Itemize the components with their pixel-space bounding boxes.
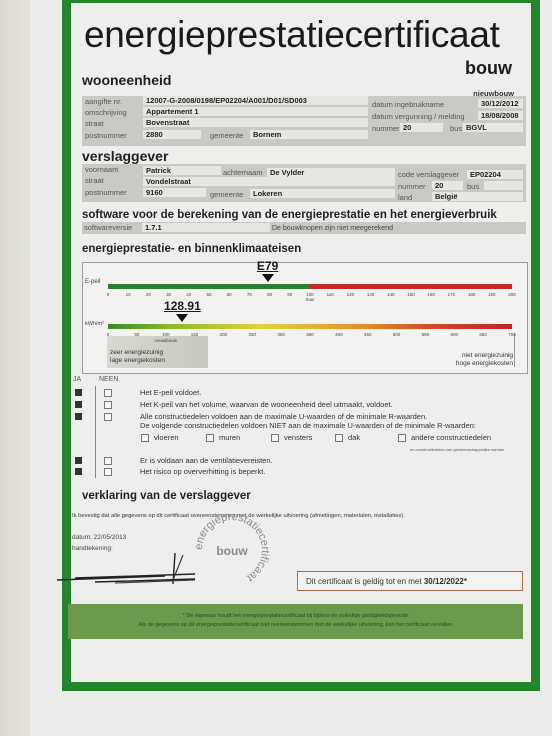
scale-tick: 600 [451, 332, 459, 337]
label-omschrijving: omschrijving [85, 108, 127, 117]
neen-checkbox[interactable] [104, 413, 112, 421]
section-heading-wooneenheid: wooneenheid [82, 72, 171, 88]
scale-tick: 650 [479, 332, 487, 337]
label-land: land [398, 193, 412, 202]
value-postnummer: 2880 [143, 130, 201, 139]
criteria-text: Alle constructiedelen voldoen aan de max… [140, 412, 427, 421]
part-checkbox[interactable] [206, 434, 214, 442]
validity-date: 30/12/2022* [424, 577, 467, 586]
scale-tick: 130 [367, 292, 375, 297]
part-label: vensters [284, 433, 312, 442]
criteria-divider [95, 386, 96, 478]
criteria-text: Er is voldaan aan de ventilatievereisten… [140, 456, 273, 465]
section-heading-verslaggever: verslaggever [82, 148, 168, 164]
ja-header: JA [73, 376, 81, 383]
verklaring-datum: datum: 22/05/2013 [72, 534, 126, 541]
part-checkbox[interactable] [141, 434, 149, 442]
label-aangifte: aangifte nr. [85, 97, 122, 106]
value-gemeente-verslaggever: Lokeren [250, 189, 395, 198]
scale-tick: 200 [508, 292, 516, 297]
scale-tick: 150 [191, 332, 199, 337]
criteria-text: Het K-peil van het volume, waarvan de wo… [140, 400, 393, 409]
value-straat-verslaggever: Vondelstraat [143, 177, 395, 186]
high-text-2: hoge energiekosten [456, 360, 513, 368]
certificate-stamp: energieprestatiecertificaat bouw [192, 510, 272, 590]
label-postnummer: postnummer [85, 131, 127, 140]
value-omschrijving: Appartement 1 [143, 107, 368, 116]
label-softwareversie: softwareversie [84, 223, 132, 232]
value-aangifte: 12007-G-2008/0198/EP02204/A001/D01/SD003 [143, 96, 368, 105]
ja-checkbox[interactable] [75, 389, 82, 396]
label-code: code verslaggever [398, 170, 459, 179]
niet-voldoen-text: De volgende constructiedelen voldoen NIE… [140, 421, 476, 430]
label-postnummer-verslaggever: postnummer [85, 188, 127, 197]
part-label: andere constructiedelen [411, 433, 491, 442]
value-ingebruikname: 30/12/2012 [478, 99, 523, 108]
label-achternaam: achternaam [223, 168, 263, 177]
section-heading-software: software voor de berekening van de energ… [82, 209, 497, 221]
svg-text:bouw: bouw [216, 544, 248, 558]
scale-tick: 120 [347, 292, 355, 297]
section-heading-eisen: energieprestatie- en binnenklimaateisen [82, 243, 301, 255]
footer-line-2: Als de gegevens op dit energieprestatiec… [68, 621, 523, 630]
label-ingebruikname: datum ingebruikname [372, 100, 444, 109]
neen-header: NEEN [99, 376, 118, 383]
scale-tick: 90 [287, 292, 292, 297]
part-label: vloeren [154, 433, 179, 442]
scale-tick: 500 [393, 332, 401, 337]
footer-line-1: * De eigenaar houdt het energieprestatie… [68, 612, 523, 621]
value-marker-label: 128.91 [164, 299, 201, 313]
scale-tick: 200 [220, 332, 228, 337]
section-heading-verklaring: verklaring van de verslaggever [82, 490, 251, 502]
value-gemeente: Bornem [250, 130, 368, 139]
scale-bar [108, 324, 512, 329]
scale-tick: 30 [166, 292, 171, 297]
label-straat: straat [85, 119, 104, 128]
value-straat: Bovenstraat [143, 118, 368, 127]
energy-scale-panel: E-peil kWh/m² zeer energiezuinig lage en… [82, 262, 528, 374]
document-subtitle: bouw [465, 58, 512, 79]
part-checkbox[interactable] [335, 434, 343, 442]
scale-tick: 60 [227, 292, 232, 297]
value-code: EP02204 [467, 170, 523, 179]
part-checkbox[interactable] [398, 434, 406, 442]
scale-tick: 10 [126, 292, 131, 297]
scale-tick: 80 [267, 292, 272, 297]
ja-checkbox[interactable] [75, 468, 82, 475]
label-voornaam: voornaam [85, 165, 118, 174]
scale-tick: 550 [422, 332, 430, 337]
scale-tick: 100 [162, 332, 170, 337]
value-land: België [432, 192, 523, 201]
part-label: muren [219, 433, 240, 442]
value-marker-icon [262, 274, 274, 282]
scale-tick: 700 [508, 332, 516, 337]
neen-checkbox[interactable] [104, 401, 112, 409]
footer-notice: * De eigenaar houdt het energieprestatie… [68, 604, 523, 639]
scale-tick: 450 [364, 332, 372, 337]
label-nummer: nummer [372, 124, 400, 133]
part-checkbox[interactable] [271, 434, 279, 442]
criteria-text: Het E-peil voldoet. [140, 388, 201, 397]
high-text-1: niet energiezuinig [456, 352, 513, 360]
ja-checkbox[interactable] [75, 457, 82, 464]
scale-bar [108, 284, 512, 289]
scale-tick: 400 [335, 332, 343, 337]
scale-tick: 40 [186, 292, 191, 297]
value-marker-icon [176, 314, 188, 322]
value-bus-verslaggever [484, 181, 523, 190]
scale-tick: 350 [306, 332, 314, 337]
software-note: De bouwknopen zijn niet meegerekend [272, 225, 393, 232]
scale-tick: 250 [249, 332, 257, 337]
low-text-2: lage energiekosten [110, 357, 165, 364]
value-bus: BGVL [463, 123, 523, 132]
scale-tick: 180 [468, 292, 476, 297]
ja-checkbox[interactable] [75, 401, 82, 408]
scale-end-line [514, 333, 515, 367]
validity-box: Dit certificaat is geldig tot en met 30/… [297, 571, 523, 591]
scale-tick: 160 [427, 292, 435, 297]
kwh-label: kWh/m² [85, 321, 104, 327]
scale-tick: 70 [247, 292, 252, 297]
value-marker-label: E79 [257, 259, 278, 273]
signature [55, 550, 205, 590]
label-bus: bus [450, 124, 462, 133]
ja-checkbox[interactable] [75, 413, 82, 420]
neen-checkbox[interactable] [104, 468, 112, 476]
scale-tick: 170 [448, 292, 456, 297]
high-consumption-label: niet energiezuinig hoge energiekosten [456, 352, 513, 368]
threshold-note: max [306, 297, 315, 302]
scale-tick: 0 [107, 292, 110, 297]
part-label: dak [348, 433, 360, 442]
label-straat-verslaggever: straat [85, 176, 104, 185]
value-nummer: 20 [400, 123, 443, 132]
parts-note: en constructiedelen van gemeenschappelij… [410, 447, 530, 452]
epeil-label: E-peil [85, 279, 100, 285]
scale-tick: 110 [327, 292, 334, 297]
scale-tick: 150 [407, 292, 415, 297]
label-bus-verslaggever: bus [467, 182, 479, 191]
label-gemeente: gemeente [210, 131, 243, 140]
document-title: energieprestatiecertificaat [84, 14, 500, 56]
label-nummer-verslaggever: nummer [398, 182, 426, 191]
scale-tick: 190 [488, 292, 496, 297]
value-softwareversie: 1.7.1 [142, 223, 270, 232]
label-vergunning: datum vergunning / melding [372, 112, 465, 121]
value-achternaam: De Vylder [267, 168, 395, 177]
value-nummer-verslaggever: 20 [432, 181, 463, 190]
scale-tick: 20 [146, 292, 151, 297]
scale-tick: 300 [277, 332, 285, 337]
scale-tick: 140 [387, 292, 395, 297]
neen-checkbox[interactable] [104, 389, 112, 397]
low-text-1: zeer energiezuinig [110, 349, 163, 356]
neen-checkbox[interactable] [104, 457, 112, 465]
reference-label: nieuwbouw [154, 338, 177, 343]
label-gemeente-verslaggever: gemeente [210, 190, 243, 199]
value-postnummer-verslaggever: 9160 [143, 188, 206, 197]
criteria-text: Het risico op oververhitting is beperkt. [140, 467, 265, 476]
scale-tick: 50 [134, 332, 139, 337]
scale-tick: 0 [107, 332, 110, 337]
validity-prefix: Dit certificaat is geldig tot en met [306, 577, 424, 586]
scale-tick: 50 [206, 292, 211, 297]
value-vergunning: 18/08/2008 [478, 111, 523, 120]
value-voornaam: Patrick [143, 166, 221, 175]
